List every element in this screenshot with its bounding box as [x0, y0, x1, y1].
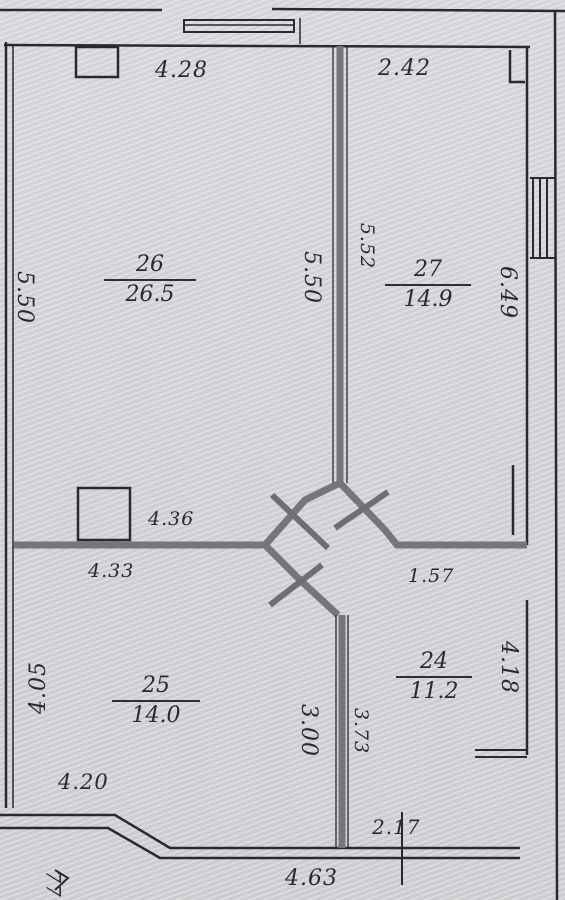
dim-bottom-left-width: 4.20: [58, 770, 109, 794]
edge-mark: 77: [42, 870, 66, 897]
outer-walls: [0, 9, 565, 900]
room-area: 26.5: [104, 283, 196, 307]
room-number: 25: [112, 674, 200, 698]
dim-corridor-width: 2.17: [372, 815, 421, 839]
dim-top-right-left-side: 5.52: [356, 223, 378, 269]
room-number: 26: [104, 253, 196, 277]
room-label-26: 26 26.5: [104, 253, 196, 307]
room-number: 27: [385, 258, 471, 282]
room-label-27: 27 14.9: [385, 258, 471, 312]
fraction-bar: [104, 279, 196, 281]
fraction-bar: [385, 284, 471, 286]
room-area: 14.9: [385, 288, 471, 312]
dim-bottom-left-height: 4.05: [26, 661, 51, 714]
floor-plan-drawing: [0, 0, 565, 900]
dim-mid-right: 1.57: [408, 565, 454, 587]
dim-bottom-width: 4.63: [285, 866, 338, 891]
dim-bottom-left-right-side: 3.00: [296, 704, 321, 757]
room-label-25: 25 14.0: [112, 674, 200, 728]
room-number: 24: [396, 650, 472, 674]
dim-mid-lower: 4.33: [88, 560, 134, 582]
room-area: 14.0: [112, 704, 200, 728]
dim-bottom-right-left-side: 3.73: [350, 708, 372, 754]
dim-top-left-height: 5.50: [12, 271, 37, 324]
door-marks: [270, 492, 388, 605]
fraction-bar: [112, 700, 200, 702]
partitions: [14, 46, 527, 848]
dim-top-left-right-side: 5.50: [299, 251, 324, 304]
dim-top-right-height: 6.49: [495, 266, 520, 319]
dim-top-right-width: 2.42: [378, 56, 431, 81]
room-label-24: 24 11.2: [396, 650, 472, 704]
room-area: 11.2: [396, 680, 472, 704]
dim-bottom-right-height: 4.18: [496, 641, 521, 694]
dim-mid-upper: 4.36: [148, 508, 194, 530]
dim-top-left-width: 4.28: [155, 58, 208, 83]
fraction-bar: [396, 676, 472, 678]
